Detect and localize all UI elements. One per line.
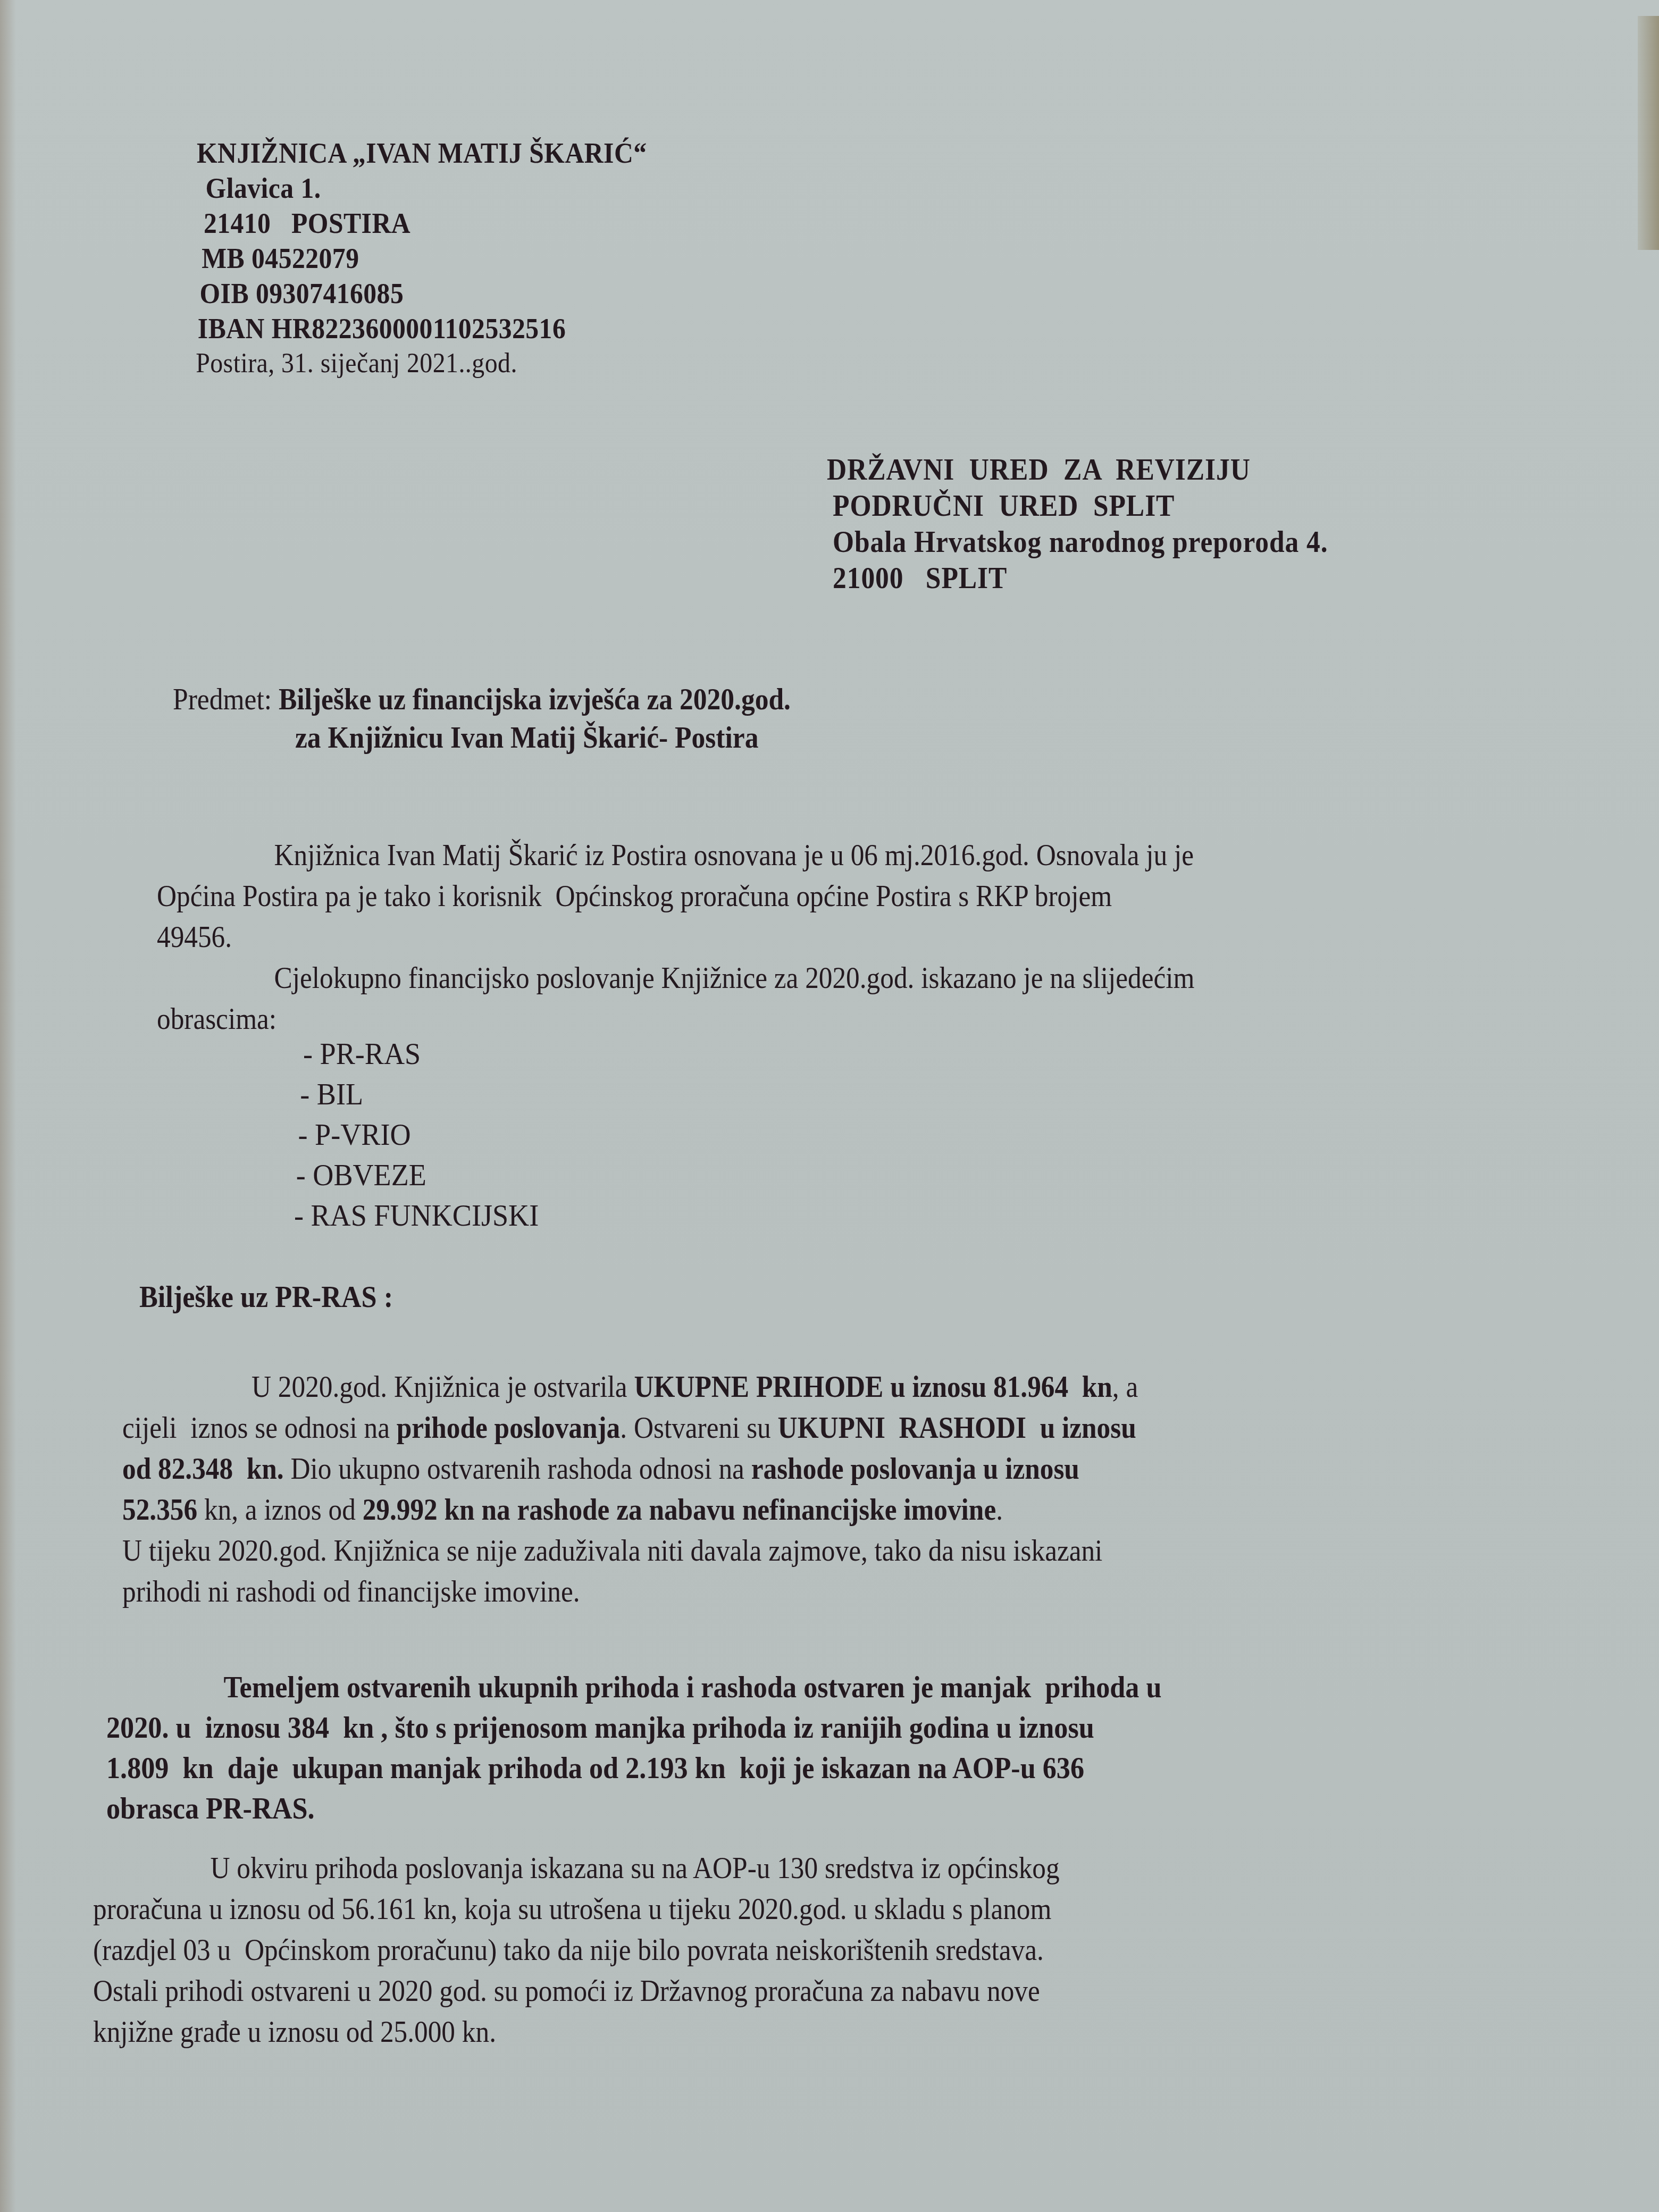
sender-name: KNJIŽNICA „IVAN MATIJ ŠKARIĆ“ bbox=[197, 136, 647, 171]
operating-revenue-highlight: prihode poslovanja bbox=[397, 1411, 620, 1445]
recipient-address-block: DRŽAVNI URED ZA REVIZIJU PODRUČNI URED S… bbox=[827, 452, 1328, 597]
page-edge-shadow bbox=[1638, 16, 1659, 250]
list-item: - BIL bbox=[300, 1075, 539, 1115]
total-expenditure-highlight: UKUPNI RASHODI u iznosu bbox=[778, 1411, 1136, 1445]
list-item: - PR-RAS bbox=[303, 1034, 539, 1075]
prras-text: Dio ukupno ostvarenih rashoda odnosi na bbox=[284, 1452, 751, 1486]
prras-text: kn, a iznos od bbox=[197, 1493, 363, 1527]
prras-paragraph: U 2020.god. Knjižnica je ostvarila UKUPN… bbox=[122, 1367, 1138, 1612]
nonfinancial-assets-highlight: 29.992 kn na rashode za nabavu nefinanci… bbox=[363, 1493, 996, 1527]
recipient-line-1: DRŽAVNI URED ZA REVIZIJU bbox=[827, 452, 1328, 488]
intro-p1-line-1: Knjižnica Ivan Matij Škarić iz Postira o… bbox=[157, 835, 1194, 876]
deficit-line-3: 1.809 kn daje ukupan manjak prihoda od 2… bbox=[106, 1748, 1162, 1788]
intro-p2-line-1: Cjelokupno financijsko poslovanje Knjižn… bbox=[157, 958, 1194, 999]
deficit-line-4: obrasca PR-RAS. bbox=[106, 1788, 1162, 1829]
prras-text: cijeli iznos se odnosi na bbox=[122, 1411, 397, 1445]
funding-line-1: U okviru prihoda poslovanja iskazana su … bbox=[93, 1848, 1060, 1889]
prras-line-6: prihodi ni rashodi od financijske imovin… bbox=[122, 1571, 1138, 1612]
sender-address-block: KNJIŽNICA „IVAN MATIJ ŠKARIĆ“ Glavica 1.… bbox=[197, 136, 647, 381]
recipient-line-3: Obala Hrvatskog narodnog preporoda 4. bbox=[827, 524, 1328, 560]
subject-block: Predmet: Bilješke uz financijska izvješć… bbox=[173, 681, 791, 757]
prras-text: U 2020.god. Knjižnica je ostvarila bbox=[252, 1370, 634, 1404]
intro-p1-line-2: Općina Postira pa je tako i korisnik Opć… bbox=[157, 876, 1194, 917]
list-item: - P-VRIO bbox=[298, 1115, 539, 1155]
prras-line-5: U tijeku 2020.god. Knjižnica se nije zad… bbox=[122, 1530, 1138, 1571]
intro-paragraphs: Knjižnica Ivan Matij Škarić iz Postira o… bbox=[157, 835, 1194, 1040]
recipient-line-2: PODRUČNI URED SPLIT bbox=[827, 488, 1328, 524]
intro-p1-line-3: 49456. bbox=[157, 917, 1194, 958]
document-date: Postira, 31. siječanj 2021..god. bbox=[196, 346, 647, 381]
deficit-line-2: 2020. u iznosu 384 kn , što s prijenosom… bbox=[106, 1707, 1162, 1748]
funding-paragraph: U okviru prihoda poslovanja iskazana su … bbox=[93, 1848, 1060, 2052]
forms-list: - PR-RAS - BIL - P-VRIO - OBVEZE - RAS F… bbox=[303, 1034, 539, 1236]
prras-text: . Ostvareni su bbox=[620, 1411, 777, 1445]
deficit-paragraph: Temeljem ostvarenih ukupnih prihoda i ra… bbox=[106, 1667, 1162, 1829]
funding-line-2: proračuna u iznosu od 56.161 kn, koja su… bbox=[93, 1889, 1060, 1930]
sender-mb: MB 04522079 bbox=[197, 241, 647, 276]
total-expenditure-amount: od 82.348 kn. bbox=[122, 1452, 284, 1486]
sender-oib: OIB 09307416085 bbox=[197, 276, 647, 311]
deficit-line-1: Temeljem ostvarenih ukupnih prihoda i ra… bbox=[106, 1667, 1162, 1707]
funding-line-4: Ostali prihodi ostvareni u 2020 god. su … bbox=[93, 1971, 1060, 2012]
total-revenue-highlight: UKUPNE PRIHODE u iznosu 81.964 kn bbox=[634, 1370, 1112, 1404]
list-item: - RAS FUNKCIJSKI bbox=[294, 1196, 539, 1236]
operating-expenditure-amount: 52.356 bbox=[122, 1493, 197, 1527]
subject-title-line-2: za Knjižnicu Ivan Matij Škarić- Postira bbox=[173, 719, 791, 757]
section-heading-prras: Bilješke uz PR-RAS : bbox=[139, 1279, 393, 1314]
sender-postal-city: 21410 POSTIRA bbox=[197, 206, 647, 241]
prras-text: . bbox=[996, 1493, 1003, 1527]
subject-title: Bilješke uz financijska izvješća za 2020… bbox=[279, 683, 791, 716]
funding-line-3: (razdjel 03 u Općinskom proračunu) tako … bbox=[93, 1930, 1060, 1971]
sender-iban: IBAN HR8223600001102532516 bbox=[197, 311, 647, 346]
operating-expenditure-highlight: rashode poslovanja u iznosu bbox=[751, 1452, 1079, 1486]
intro-p2-line-2: obrascima: bbox=[157, 999, 1194, 1040]
funding-line-5: knjižne građe u iznosu od 25.000 kn. bbox=[93, 2012, 1060, 2052]
sender-street: Glavica 1. bbox=[197, 171, 647, 206]
recipient-line-4: 21000 SPLIT bbox=[827, 560, 1328, 597]
list-item: - OBVEZE bbox=[296, 1155, 539, 1196]
prras-text: , a bbox=[1112, 1370, 1138, 1404]
subject-label: Predmet: bbox=[173, 683, 279, 716]
